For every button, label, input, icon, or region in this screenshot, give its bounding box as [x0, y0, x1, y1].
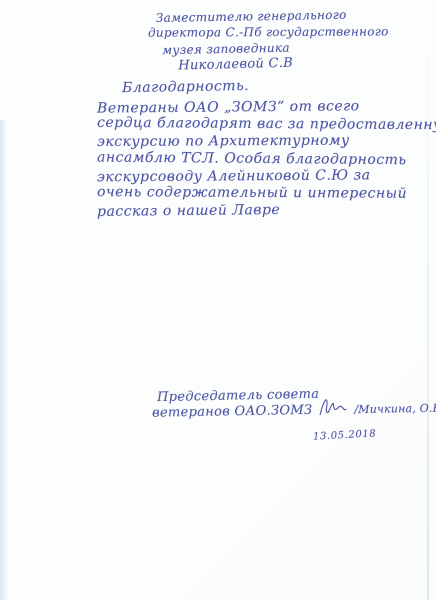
scan-edge-left-shading: [0, 120, 8, 600]
body-line: экскурсоводу Алейниковой С.Ю за: [97, 167, 436, 187]
signature-date: 13.05.2018: [313, 428, 377, 442]
letter-page: Заместителю генерального директора С.-Пб…: [0, 0, 436, 600]
signature-block: Председатель совета ветеранов ОАО.ЗОМЗ /…: [152, 387, 436, 418]
scan-edge-right-line: [427, 0, 429, 600]
letter-title: Благодарность.: [122, 78, 249, 96]
signature-name: /Мичкина, О.К./: [354, 400, 436, 417]
signature-scribble-icon: [318, 395, 348, 418]
body-line: экскурсию по Архитектурному: [97, 132, 436, 151]
addressee-block: Заместителю генерального директора С.-Пб…: [148, 7, 389, 74]
body-line: рассказ о нашей Лавре: [97, 200, 436, 221]
signature-role-line: ветеранов ОАО.ЗОМЗ: [152, 402, 313, 420]
body-paragraph: Ветераны ОАО „ЗОМЗ” от всего сердца благ…: [97, 99, 436, 219]
